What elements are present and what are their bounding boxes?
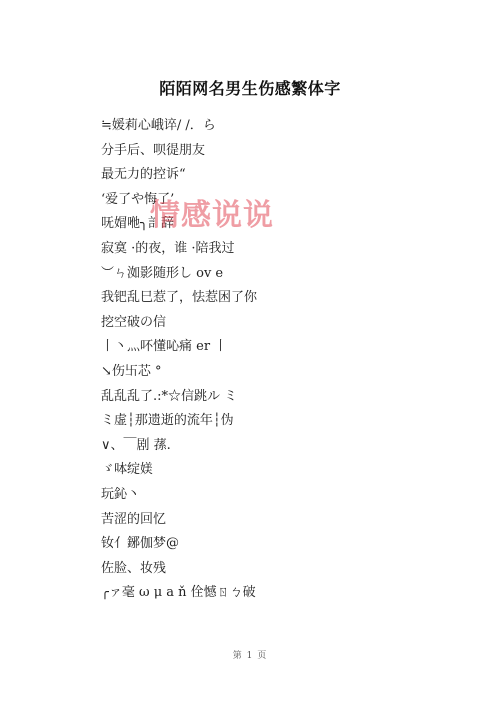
list-item: 钕亻鋣伽梦@ (101, 532, 421, 557)
list-item: 玩鈊丶 (101, 483, 421, 508)
list-item: 寂寞 ·的夜，谁 ·陪我过 (101, 237, 421, 262)
list-item: 我钯乱巳惹了，怯惹困了你 (101, 286, 421, 311)
list-item: 分手后、呗徥朋友 (101, 139, 421, 164)
document-title: 陌陌网名男生伤感繁体字 (0, 76, 500, 99)
list-item: 最无力的控诉“ (101, 163, 421, 188)
list-item: 苦涩的回忆 (101, 508, 421, 533)
list-item: 挖空破の信 (101, 311, 421, 336)
list-item: ↘伤卐芯 ° (101, 360, 421, 385)
list-item: ︶ㄣ洳影随形し ov e (101, 262, 421, 287)
list-item: ╭ァ毫 ω μ а ň 佺憾ㄖㄅ破 (101, 581, 421, 606)
list-item: 丨丶灬吥懂吣痛 er 丨 (101, 335, 421, 360)
list-item: ‘爱了や悔了’ (101, 188, 421, 213)
page-number: 第 1 页 (0, 648, 500, 661)
list-item: ゞ呠绽媄 (101, 458, 421, 483)
list-item: 佐脸、妆残 (101, 557, 421, 582)
nickname-list: ≒媛莉心峨谇/ /．ら 分手后、呗徥朋友 最无力的控诉“ ‘爱了や悔了’ 呒媢咃… (101, 114, 421, 606)
list-item: 呒媢咃╮訁辞 (101, 212, 421, 237)
list-item: ∨、￣剧 蓀. (101, 434, 421, 459)
list-item: 乱乱乱了.:*☆信跳ル ミ (101, 385, 421, 410)
list-item: ≒媛莉心峨谇/ /．ら (101, 114, 421, 139)
document-page: 陌陌网名男生伤感繁体字 ≒媛莉心峨谇/ /．ら 分手后、呗徥朋友 最无力的控诉“… (0, 0, 500, 708)
list-item: ミ虚┆那遗逝的流年┆伪 (101, 409, 421, 434)
